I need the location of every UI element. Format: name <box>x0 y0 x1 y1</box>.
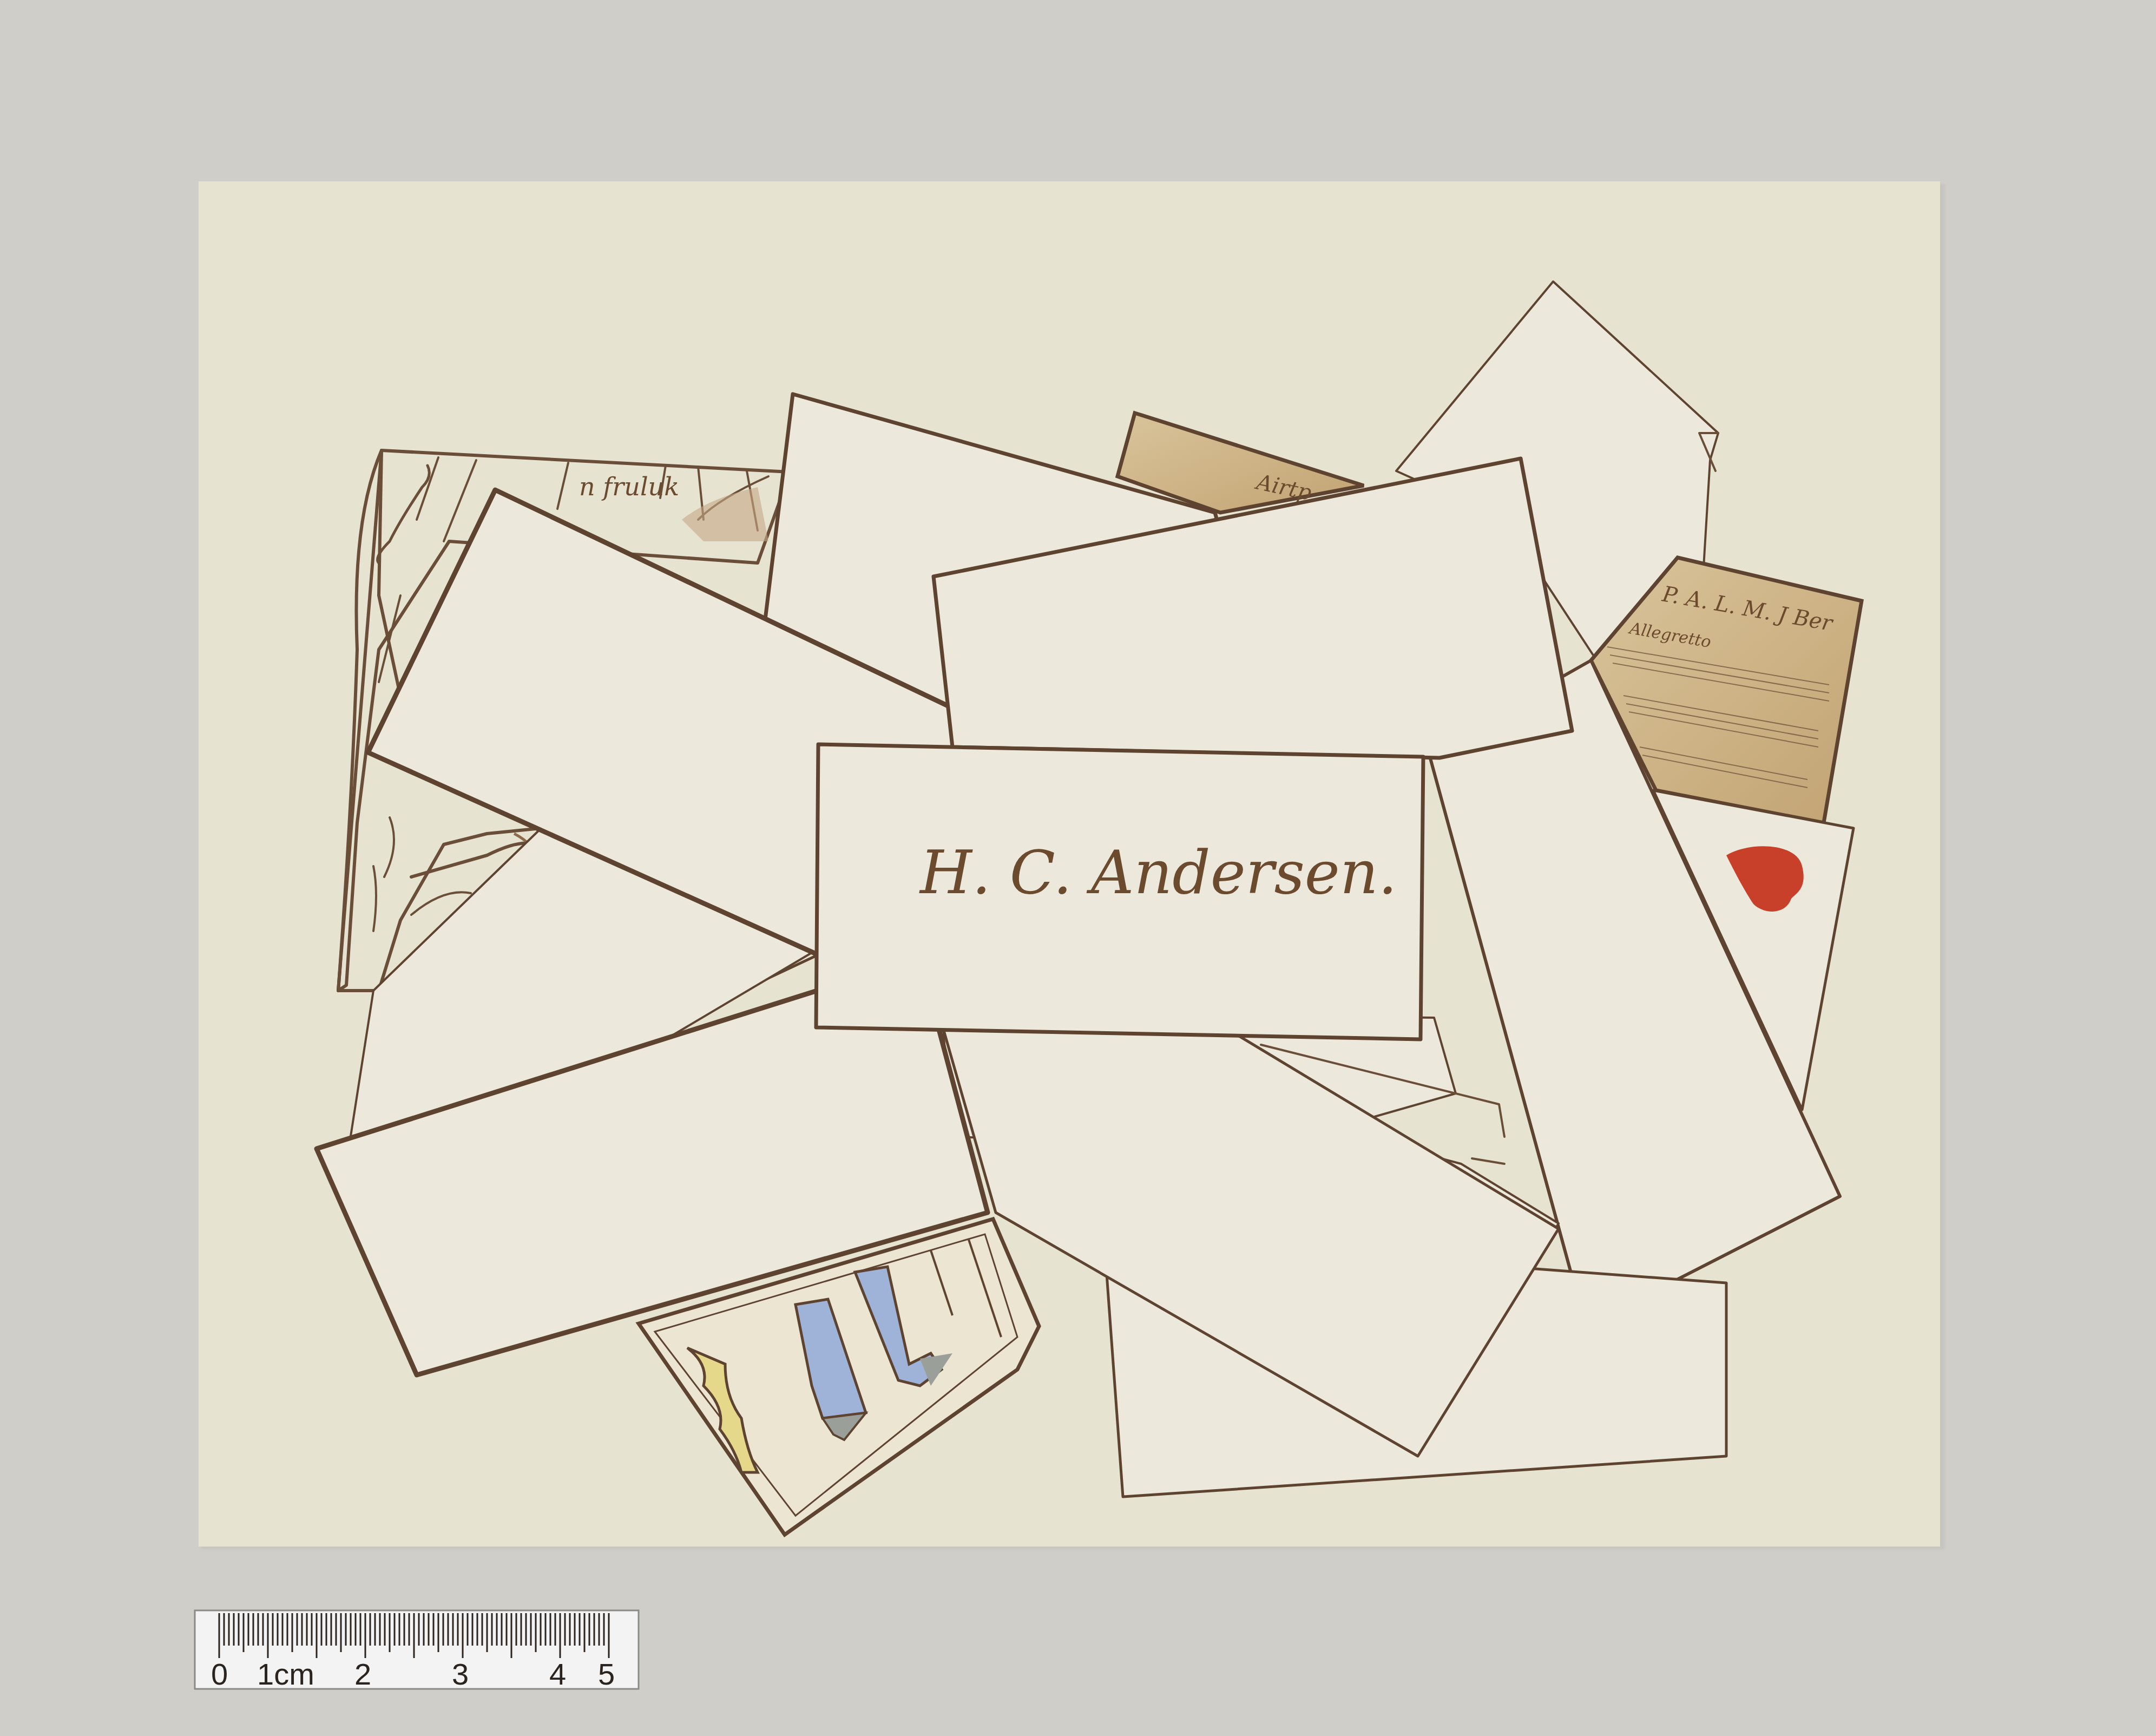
ruler-label-4: 4 <box>549 1657 566 1691</box>
ruler-label-3: 3 <box>452 1657 469 1691</box>
artwork-svg: n fruluk Airtp P. A. L. M. J Ber Allegre… <box>0 0 2156 1736</box>
map-inscription: n fruluk <box>579 472 679 501</box>
ruler-label-0: 0 <box>211 1657 228 1691</box>
photograph: n fruluk Airtp P. A. L. M. J Ber Allegre… <box>0 0 2156 1736</box>
ruler-label-1: 1cm <box>257 1657 314 1691</box>
scale-ruler: 0 1cm 2 3 4 5 <box>195 1610 639 1691</box>
ruler-label-5: 5 <box>598 1657 615 1691</box>
central-signature-card: H. C. Andersen. <box>816 744 1423 1039</box>
ruler-label-2: 2 <box>354 1657 371 1691</box>
signature-text: H. C. Andersen. <box>919 838 1397 907</box>
